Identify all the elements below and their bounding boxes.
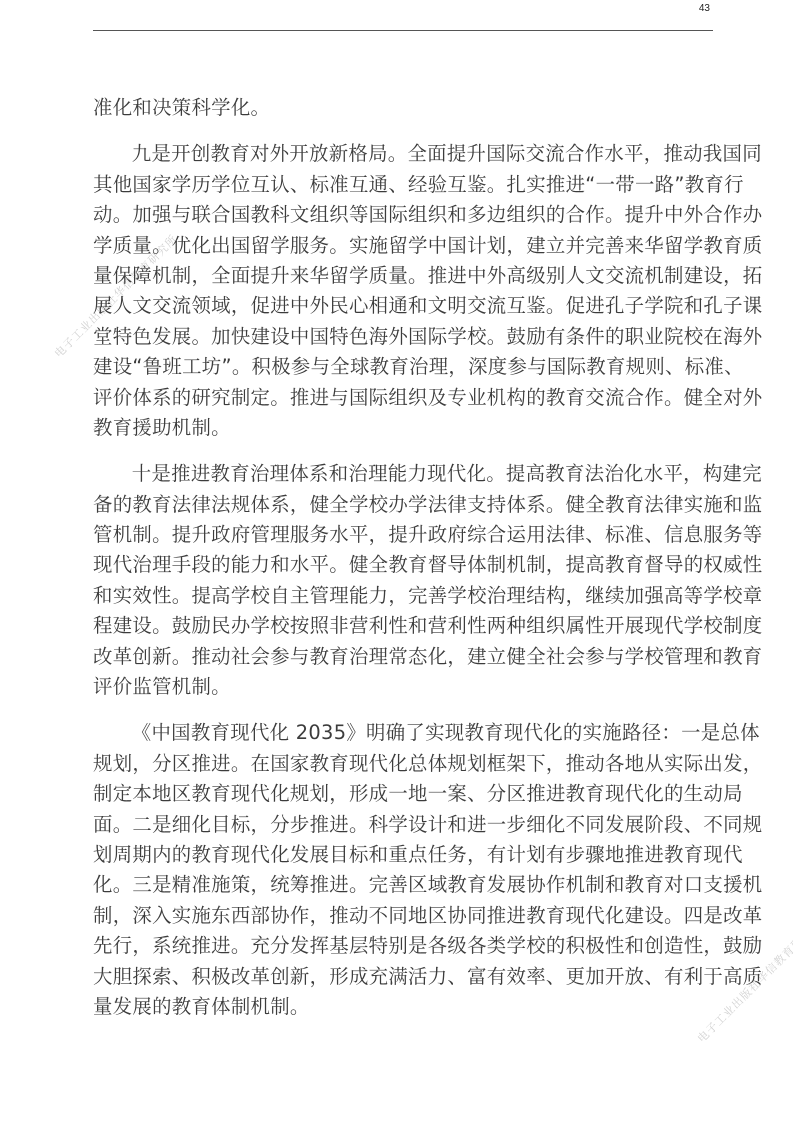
text-line: 现代治理手段的能力和水平。健全教育督导体制机制，提高教育督导的权威性 bbox=[93, 550, 713, 580]
text-line: 评价体系的研究制定。推进与国际组织及专业机构的教育交流合作。健全对外 bbox=[93, 383, 713, 413]
text-line: 备的教育法律法规体系，健全学校办学法律支持体系。健全教育法律实施和监 bbox=[93, 490, 713, 520]
text-line: 化。三是精准施策，统筹推进。完善区域教育发展协作机制和教育对口支援机 bbox=[93, 870, 713, 900]
text-line: 制，深入实施东西部协作，推动不同地区协同推进教育现代化建设。四是改革 bbox=[93, 901, 713, 931]
text-line: 学质量。优化出国留学服务。实施留学中国计划，建立并完善来华留学教育质 bbox=[93, 231, 713, 261]
paragraph-continuation: 准化和决策科学化。 bbox=[93, 93, 713, 123]
text-line: 程建设。鼓励民办学校按照非营利性和营利性两种组织属性开展现代学校制度 bbox=[93, 611, 713, 641]
text-line: 大胆探索、积极改革创新，形成充满活力、富有效率、更加开放、有利于高质 bbox=[93, 962, 713, 992]
paragraph-item-ten: 十是推进教育治理体系和治理能力现代化。提高教育法治化水平，构建完 备的教育法律法… bbox=[93, 459, 713, 702]
text-line: 堂特色发展。加快建设中国特色海外国际学校。鼓励有条件的职业院校在海外 bbox=[93, 322, 713, 352]
text-line: 教育援助机制。 bbox=[93, 413, 713, 443]
text-line: 展人文交流领域，促进中外民心相通和文明交流互鉴。促进孔子学院和孔子课 bbox=[93, 291, 713, 321]
text-line: 准化和决策科学化。 bbox=[93, 93, 713, 123]
text-line: 动。加强与联合国教科文组织等国际组织和多边组织的合作。提升中外合作办 bbox=[93, 200, 713, 230]
page-number: 43 bbox=[690, 3, 710, 14]
text-line: 制定本地区教育现代化规划，形成一地一案、分区推进教育现代化的生动局 bbox=[93, 779, 713, 809]
text-line: 面。二是细化目标，分步推进。科学设计和进一步细化不同发展阶段、不同规 bbox=[93, 810, 713, 840]
text-line: 《中国教育现代化 2035》明确了实现教育现代化的实施路径：一是总体 bbox=[93, 718, 713, 748]
text-line: 量保障机制，全面提升来华留学质量。推进中外高级别人文交流机制建设，拓 bbox=[93, 261, 713, 291]
text-line: 改革创新。推动社会参与教育治理常态化，建立健全社会参与学校管理和教育 bbox=[93, 642, 713, 672]
text-line: 和实效性。提高学校自主管理能力，完善学校治理结构，继续加强高等学校章 bbox=[93, 581, 713, 611]
text-line: 建设“鲁班工坊”。积极参与全球教育治理，深度参与国际教育规则、标准、 bbox=[93, 352, 713, 382]
text-line: 先行，系统推进。充分发挥基层特别是各级各类学校的积极性和创造性，鼓励 bbox=[93, 931, 713, 961]
text-line: 九是开创教育对外开放新格局。全面提升国际交流合作水平，推动我国同 bbox=[93, 139, 713, 169]
text-line: 量发展的教育体制机制。 bbox=[93, 992, 713, 1022]
paragraph-item-nine: 九是开创教育对外开放新格局。全面提升国际交流合作水平，推动我国同 其他国家学历学… bbox=[93, 139, 713, 443]
header-divider bbox=[93, 30, 713, 31]
text-line: 划周期内的教育现代化发展目标和重点任务，有计划有步骤地推进教育现代 bbox=[93, 840, 713, 870]
text-line: 其他国家学历学位互认、标准互通、经验互鉴。扎实推进“一带一路”教育行 bbox=[93, 170, 713, 200]
paragraph-implementation-path: 《中国教育现代化 2035》明确了实现教育现代化的实施路径：一是总体 规划，分区… bbox=[93, 718, 713, 1022]
document-body: 准化和决策科学化。 九是开创教育对外开放新格局。全面提升国际交流合作水平，推动我… bbox=[93, 93, 713, 1038]
text-line: 评价监管机制。 bbox=[93, 672, 713, 702]
text-line: 管机制。提升政府管理服务水平，提升政府综合运用法律、标准、信息服务等 bbox=[93, 520, 713, 550]
text-line: 规划，分区推进。在国家教育现代化总体规划框架下，推动各地从实际出发， bbox=[93, 749, 713, 779]
text-line: 十是推进教育治理体系和治理能力现代化。提高教育法治化水平，构建完 bbox=[93, 459, 713, 489]
